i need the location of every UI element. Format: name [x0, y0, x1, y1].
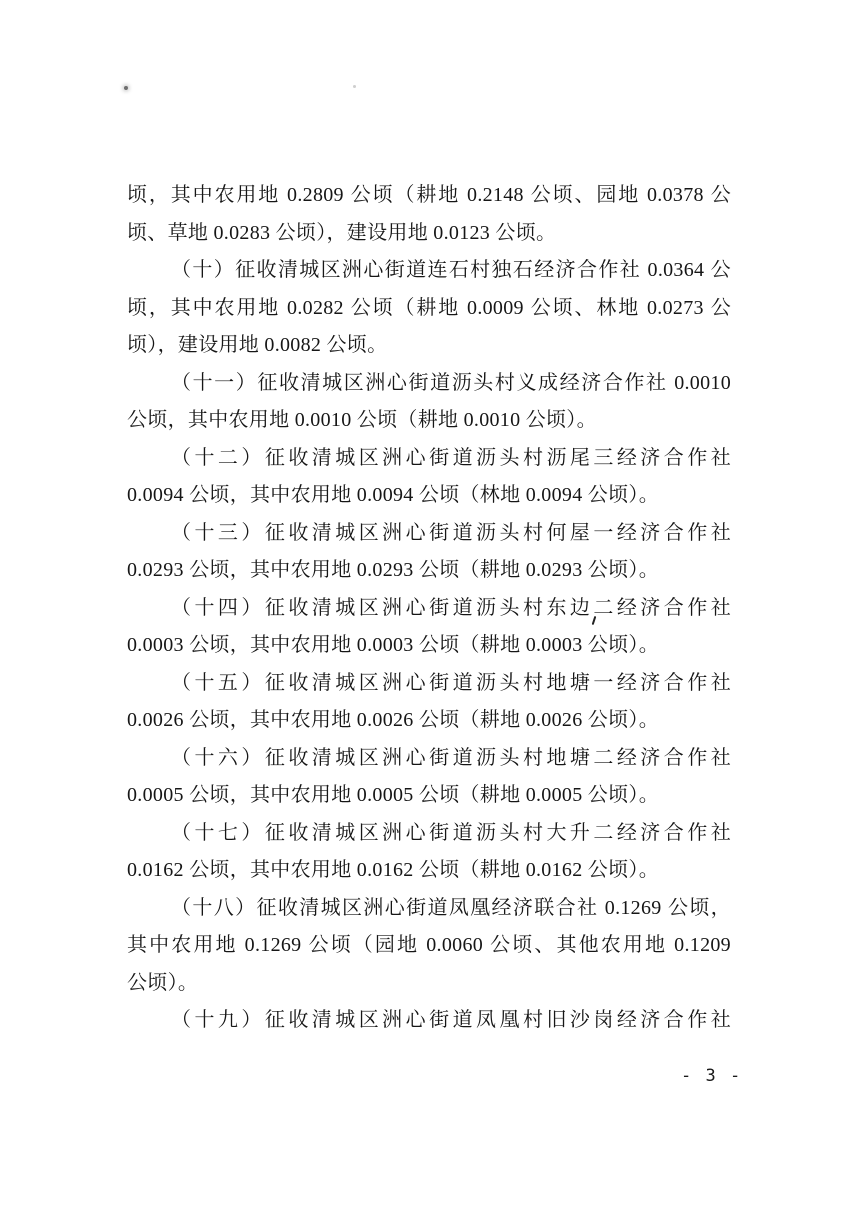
text-line: （十三）征收清城区洲心街道沥头村何屋一经济合作社 — [127, 515, 731, 553]
text-line: 其中农用地 0.1269 公顷（园地 0.0060 公顷、其他农用地 0.120… — [127, 927, 731, 965]
text-line: （十一）征收清城区洲心街道沥头村义成经济合作社 0.0010 — [127, 365, 731, 403]
text-line: 0.0293 公顷，其中农用地 0.0293 公顷（耕地 0.0293 公顷）。 — [127, 552, 731, 590]
page-number: - 3 - — [681, 1064, 742, 1088]
scan-speck-icon — [124, 86, 128, 90]
text-line: 0.0162 公顷，其中农用地 0.0162 公顷（耕地 0.0162 公顷）。 — [127, 852, 731, 890]
text-line: 0.0094 公顷，其中农用地 0.0094 公顷（林地 0.0094 公顷）。 — [127, 477, 731, 515]
text-line: （十九）征收清城区洲心街道凤凰村旧沙岗经济合作社 — [127, 1002, 731, 1040]
text-line: 公顷，其中农用地 0.0010 公顷（耕地 0.0010 公顷）。 — [127, 402, 731, 440]
document-page: 顷，其中农用地 0.2809 公顷（耕地 0.2148 公顷、园地 0.0378… — [0, 0, 850, 1212]
text-line: （十）征收清城区洲心街道连石村独石经济合作社 0.0364 公 — [127, 252, 731, 290]
text-line: 0.0003 公顷，其中农用地 0.0003 公顷（耕地 0.0003 公顷）。 — [127, 627, 731, 665]
text-line: 顷、草地 0.0283 公顷），建设用地 0.0123 公顷。 — [127, 215, 731, 253]
text-line: （十七）征收清城区洲心街道沥头村大升二经济合作社 — [127, 815, 731, 853]
text-line: （十四）征收清城区洲心街道沥头村东边二经济合作社 — [127, 590, 731, 628]
text-line: 顷，其中农用地 0.0282 公顷（耕地 0.0009 公顷、林地 0.0273… — [127, 290, 731, 328]
scan-speck-icon — [353, 85, 356, 88]
text-line: （十五）征收清城区洲心街道沥头村地塘一经济合作社 — [127, 665, 731, 703]
text-line: （十六）征收清城区洲心街道沥头村地塘二经济合作社 — [127, 740, 731, 778]
text-line: 0.0026 公顷，其中农用地 0.0026 公顷（耕地 0.0026 公顷）。 — [127, 702, 731, 740]
text-line: （十八）征收清城区洲心街道凤凰经济联合社 0.1269 公顷， — [127, 890, 731, 928]
document-body: 顷，其中农用地 0.2809 公顷（耕地 0.2148 公顷、园地 0.0378… — [127, 177, 731, 1040]
text-line: 公顷）。 — [127, 965, 731, 1003]
text-line: 顷，其中农用地 0.2809 公顷（耕地 0.2148 公顷、园地 0.0378… — [127, 177, 731, 215]
text-line: 0.0005 公顷，其中农用地 0.0005 公顷（耕地 0.0005 公顷）。 — [127, 777, 731, 815]
text-line: （十二）征收清城区洲心街道沥头村沥尾三经济合作社 — [127, 440, 731, 478]
text-line: 顷），建设用地 0.0082 公顷。 — [127, 327, 731, 365]
